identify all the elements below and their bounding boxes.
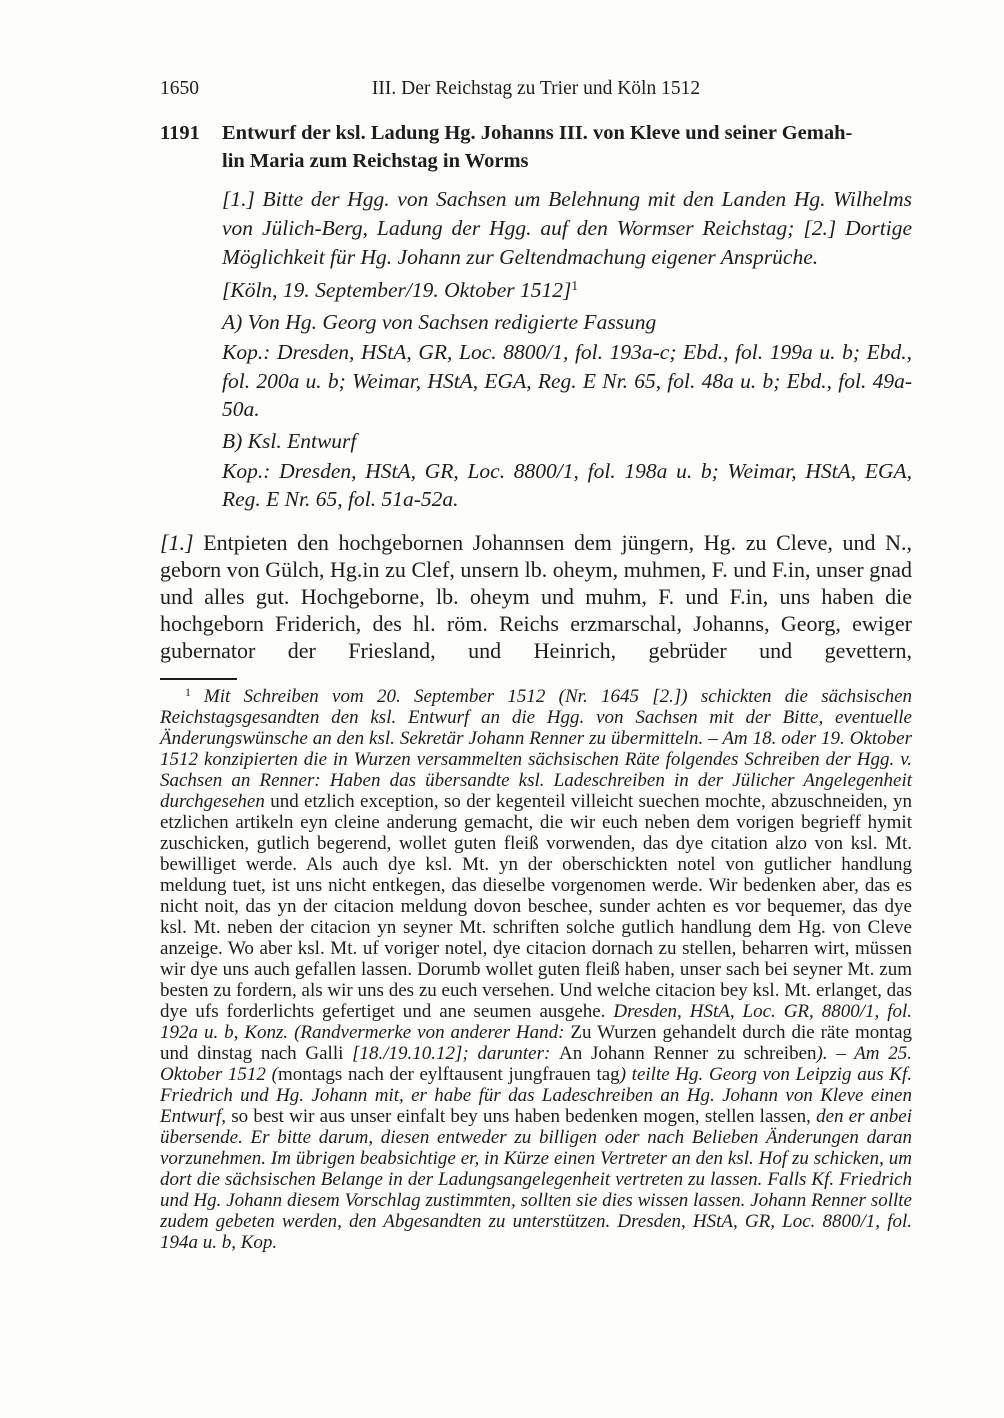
version-b-sources: Kop.: Dresden, HStA, GR, Loc. 8800/1, fo… xyxy=(222,457,912,514)
entry-date-text: [Köln, 19. September/19. Oktober 1512] xyxy=(222,278,571,302)
entry-body-paragraph: [1.] Entpieten den hochgebornen Johannse… xyxy=(160,529,912,665)
version-a-label: A) Von Hg. Georg von Sachsen redigierte … xyxy=(222,308,912,337)
footnote-1: 1Mit Schreiben vom 20. September 1512 (N… xyxy=(160,686,912,1253)
footnote-1-text: Mit Schreiben vom 20. September 1512 (Nr… xyxy=(160,686,912,1253)
footnote-ref-1: 1 xyxy=(571,278,578,293)
entry-number: 1191 xyxy=(160,119,222,175)
version-a-sources: Kop.: Dresden, HStA, GR, Loc. 8800/1, fo… xyxy=(222,338,912,424)
footnote-separator-rule xyxy=(160,678,237,680)
entry-title: Entwurf der ksl. Ladung Hg. Johanns III.… xyxy=(222,119,852,175)
page-number: 1650 xyxy=(160,76,199,102)
running-head: 1650 III. Der Reichstag zu Trier und Köl… xyxy=(160,76,912,102)
footnote-1-marker: 1 xyxy=(185,686,191,699)
entry-heading: 1191 Entwurf der ksl. Ladung Hg. Johanns… xyxy=(160,119,912,175)
entry-1191: 1191 Entwurf der ksl. Ladung Hg. Johanns… xyxy=(160,119,912,665)
version-b-label: B) Ksl. Entwurf xyxy=(222,427,912,456)
entry-summary: [1.] Bitte der Hgg. von Sachsen um Beleh… xyxy=(222,185,912,272)
book-page: 1650 III. Der Reichstag zu Trier und Köl… xyxy=(0,0,1004,1418)
footnotes-section: 1Mit Schreiben vom 20. September 1512 (N… xyxy=(160,678,912,1253)
entry-head-matter: [1.] Bitte der Hgg. von Sachsen um Beleh… xyxy=(222,185,912,514)
text-block: 1650 III. Der Reichstag zu Trier und Köl… xyxy=(160,0,912,1253)
running-title: III. Der Reichstag zu Trier und Köln 151… xyxy=(160,76,912,102)
entry-date-line: [Köln, 19. September/19. Oktober 1512]1 xyxy=(222,276,912,305)
